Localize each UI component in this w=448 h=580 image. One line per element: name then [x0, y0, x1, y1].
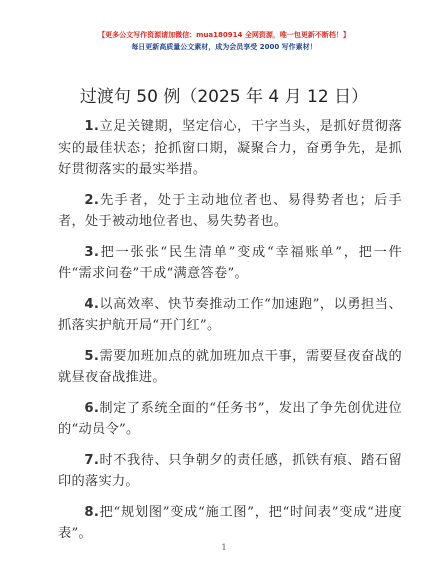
page-number: 1	[0, 543, 448, 552]
promo-banner-line-2: 每日更新高质量公文素材，成为会员享受 2000 写作素材！	[0, 42, 448, 52]
list-item: 3.把一张张“民生清单”变成“幸福账单”，把一件件“需求问卷”干成“满意答卷”。	[58, 242, 402, 285]
item-number: 7.	[84, 453, 99, 468]
item-text: 以高效率、快节奏推动工作“加速跑”，以勇担当、抓落实护航开局“开门红”。	[58, 297, 402, 334]
document-title: 过渡句 50 例（2025 年 4 月 12 日）	[0, 82, 448, 107]
item-number: 1.	[84, 119, 99, 134]
item-text: 需要加班加点的就加班加点干事，需要昼夜奋战的就昼夜奋战推进。	[58, 349, 402, 386]
item-number: 2.	[84, 193, 99, 208]
list-item: 7.时不我待、只争朝夕的责任感，抓铁有痕、踏石留印的落实力。	[58, 450, 402, 493]
item-text: 时不我待、只争朝夕的责任感，抓铁有痕、踏石留印的落实力。	[58, 453, 402, 490]
list-item: 5.需要加班加点的就加班加点干事，需要昼夜奋战的就昼夜奋战推进。	[58, 346, 402, 389]
item-text: 立足关键期，坚定信心，干字当头，是抓好贯彻落实的最佳状态；抢抓窗口期，凝聚合力，…	[58, 119, 402, 177]
item-text: 制定了系统全面的“任务书”，发出了争先创优进位的“动员令”。	[58, 401, 402, 438]
list-item: 6.制定了系统全面的“任务书”，发出了争先创优进位的“动员令”。	[58, 398, 402, 441]
promo-banner-line-1: 【更多公文写作资源请加微信：mua180914 全网资源，唯一包更新不断档！】	[0, 30, 448, 40]
item-number: 8.	[84, 505, 99, 520]
list-item: 4.以高效率、快节奏推动工作“加速跑”，以勇担当、抓落实护航开局“开门红”。	[58, 294, 402, 337]
item-number: 4.	[84, 297, 99, 312]
document-page: 【更多公文写作资源请加微信：mua180914 全网资源，唯一包更新不断档！】 …	[0, 0, 448, 580]
item-text: 把“规划图”变成“施工图”，把“时间表”变成“进度表”。	[58, 505, 402, 542]
item-text: 先手者，处于主动地位者也、易得势者也；后手者，处于被动地位者也、易失势者也。	[58, 193, 402, 230]
item-number: 6.	[84, 401, 99, 416]
item-number: 3.	[84, 245, 99, 260]
list-item: 2.先手者，处于主动地位者也、易得势者也；后手者，处于被动地位者也、易失势者也。	[58, 190, 402, 233]
item-number: 5.	[84, 349, 99, 364]
document-body: 1.立足关键期，坚定信心，干字当头，是抓好贯彻落实的最佳状态；抢抓窗口期，凝聚合…	[58, 116, 402, 554]
list-item: 8.把“规划图”变成“施工图”，把“时间表”变成“进度表”。	[58, 502, 402, 545]
item-text: 把一张张“民生清单”变成“幸福账单”，把一件件“需求问卷”干成“满意答卷”。	[58, 245, 402, 282]
list-item: 1.立足关键期，坚定信心，干字当头，是抓好贯彻落实的最佳状态；抢抓窗口期，凝聚合…	[58, 116, 402, 181]
